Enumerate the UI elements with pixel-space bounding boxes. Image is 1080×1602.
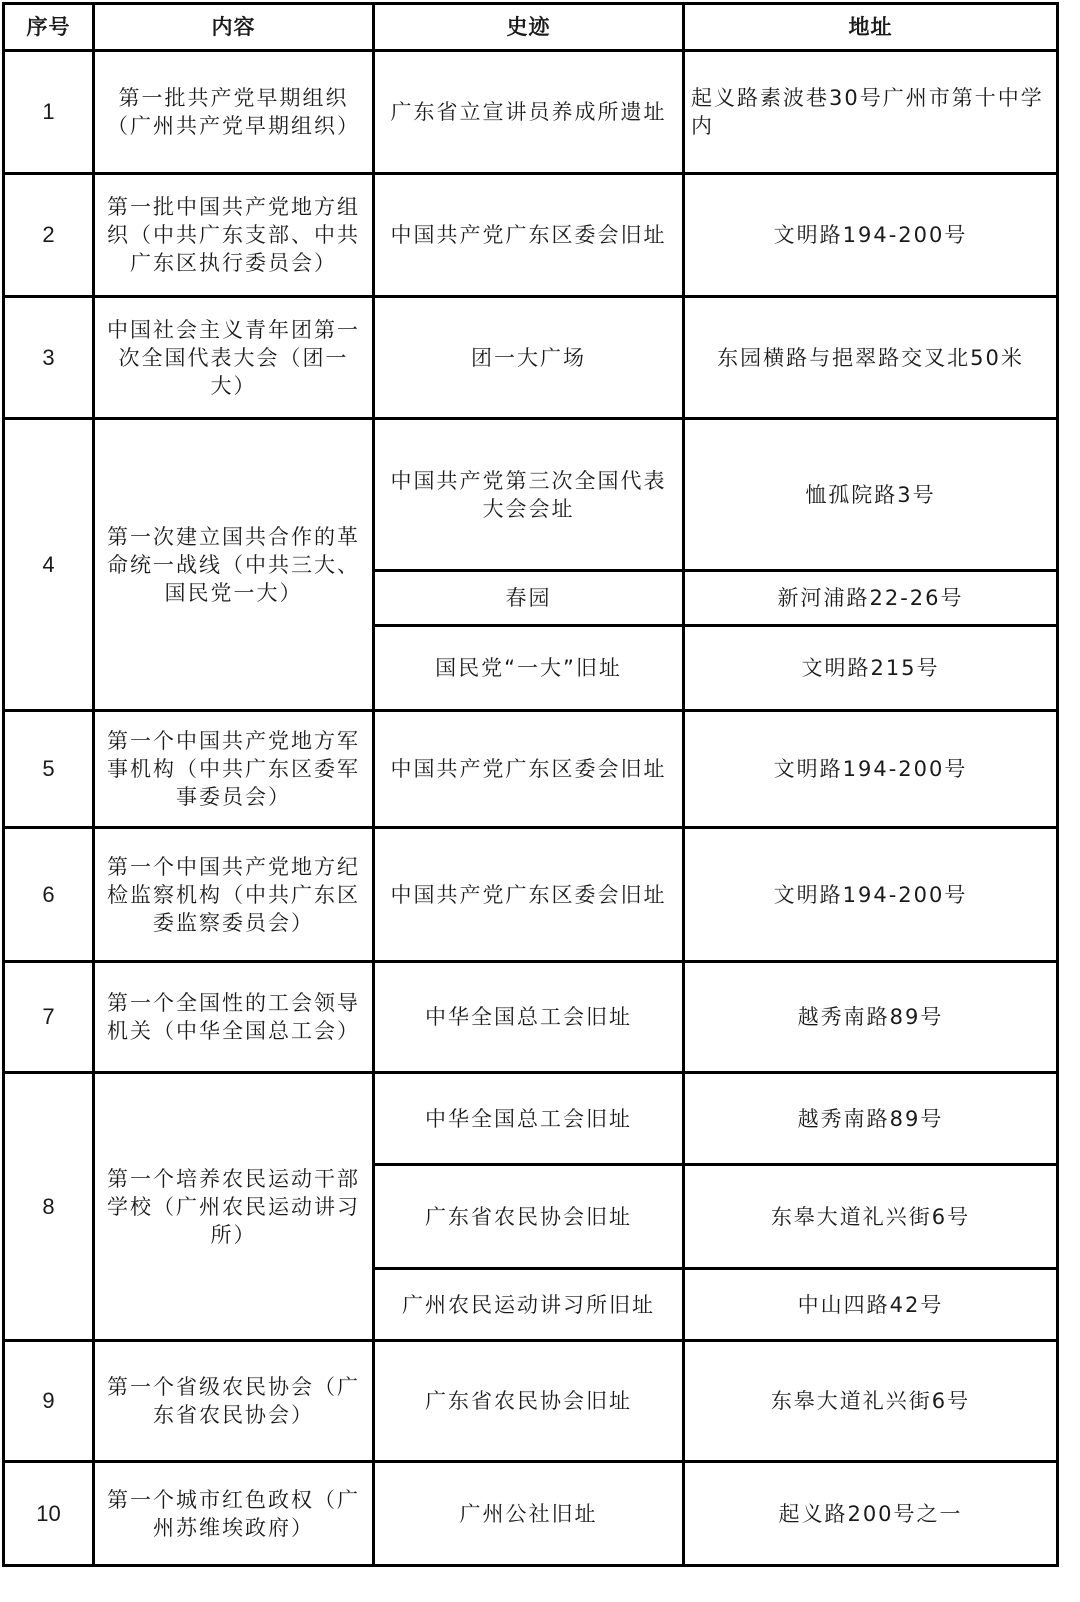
row-number: 4 <box>4 419 94 711</box>
row-content: 第一个中国共产党地方军事机构（中共广东区委军事委员会） <box>94 711 374 828</box>
row-site: 团一大广场 <box>374 297 684 419</box>
row-number: 7 <box>4 962 94 1073</box>
historic-sites-table: 序号 内容 史迹 地址 1 第一批共产党早期组织（广州共产党早期组织） 广东省立… <box>2 2 1059 1567</box>
row-address: 恤孤院路3号 <box>684 419 1058 571</box>
row-number: 1 <box>4 51 94 174</box>
row-address: 起义路素波巷30号广州市第十中学内 <box>684 51 1058 174</box>
row-number: 10 <box>4 1462 94 1566</box>
row-address: 文明路194-200号 <box>684 174 1058 297</box>
table-row: 1 第一批共产党早期组织（广州共产党早期组织） 广东省立宣讲员养成所遗址 起义路… <box>4 51 1058 174</box>
row-site: 中国共产党第三次全国代表大会会址 <box>374 419 684 571</box>
row-address: 越秀南路89号 <box>684 1073 1058 1165</box>
row-content: 第一次建立国共合作的革命统一战线（中共三大、国民党一大） <box>94 419 374 711</box>
row-site: 国民党“一大”旧址 <box>374 626 684 711</box>
row-address: 东园横路与挹翠路交叉北50米 <box>684 297 1058 419</box>
row-address: 文明路215号 <box>684 626 1058 711</box>
table-row: 3 中国社会主义青年团第一次全国代表大会（团一大） 团一大广场 东园横路与挹翠路… <box>4 297 1058 419</box>
row-number: 5 <box>4 711 94 828</box>
table-row: 10 第一个城市红色政权（广州苏维埃政府） 广州公社旧址 起义路200号之一 <box>4 1462 1058 1566</box>
row-site: 广东省农民协会旧址 <box>374 1165 684 1269</box>
row-address: 文明路194-200号 <box>684 828 1058 962</box>
row-content: 第一批中国共产党地方组织（中共广东支部、中共广东区执行委员会） <box>94 174 374 297</box>
row-content: 第一个城市红色政权（广州苏维埃政府） <box>94 1462 374 1566</box>
row-site: 中国共产党广东区委会旧址 <box>374 828 684 962</box>
row-content: 第一个全国性的工会领导机关（中华全国总工会） <box>94 962 374 1073</box>
table-row: 8 第一个培养农民运动干部学校（广州农民运动讲习所） 中华全国总工会旧址 越秀南… <box>4 1073 1058 1165</box>
row-number: 8 <box>4 1073 94 1341</box>
row-address: 起义路200号之一 <box>684 1462 1058 1566</box>
row-site: 中华全国总工会旧址 <box>374 962 684 1073</box>
row-site: 广州农民运动讲习所旧址 <box>374 1269 684 1341</box>
table-row: 5 第一个中国共产党地方军事机构（中共广东区委军事委员会） 中国共产党广东区委会… <box>4 711 1058 828</box>
row-number: 9 <box>4 1341 94 1462</box>
row-content: 第一批共产党早期组织（广州共产党早期组织） <box>94 51 374 174</box>
row-site: 广州公社旧址 <box>374 1462 684 1566</box>
row-address: 中山四路42号 <box>684 1269 1058 1341</box>
table-row: 7 第一个全国性的工会领导机关（中华全国总工会） 中华全国总工会旧址 越秀南路8… <box>4 962 1058 1073</box>
row-site: 广东省立宣讲员养成所遗址 <box>374 51 684 174</box>
row-site: 中华全国总工会旧址 <box>374 1073 684 1165</box>
header-address: 地址 <box>684 4 1058 51</box>
header-number: 序号 <box>4 4 94 51</box>
row-site: 广东省农民协会旧址 <box>374 1341 684 1462</box>
row-site: 中国共产党广东区委会旧址 <box>374 711 684 828</box>
header-row: 序号 内容 史迹 地址 <box>4 4 1058 51</box>
table-row: 2 第一批中国共产党地方组织（中共广东支部、中共广东区执行委员会） 中国共产党广… <box>4 174 1058 297</box>
table-row: 4 第一次建立国共合作的革命统一战线（中共三大、国民党一大） 中国共产党第三次全… <box>4 419 1058 571</box>
row-content: 第一个中国共产党地方纪检监察机构（中共广东区委监察委员会） <box>94 828 374 962</box>
row-number: 2 <box>4 174 94 297</box>
row-number: 3 <box>4 297 94 419</box>
row-address: 东皋大道礼兴街6号 <box>684 1165 1058 1269</box>
row-site: 春园 <box>374 571 684 626</box>
row-address: 越秀南路89号 <box>684 962 1058 1073</box>
row-content: 中国社会主义青年团第一次全国代表大会（团一大） <box>94 297 374 419</box>
header-site: 史迹 <box>374 4 684 51</box>
table-row: 9 第一个省级农民协会（广东省农民协会） 广东省农民协会旧址 东皋大道礼兴街6号 <box>4 1341 1058 1462</box>
header-content: 内容 <box>94 4 374 51</box>
row-number: 6 <box>4 828 94 962</box>
row-address: 新河浦路22-26号 <box>684 571 1058 626</box>
row-content: 第一个省级农民协会（广东省农民协会） <box>94 1341 374 1462</box>
row-content: 第一个培养农民运动干部学校（广州农民运动讲习所） <box>94 1073 374 1341</box>
table-row: 6 第一个中国共产党地方纪检监察机构（中共广东区委监察委员会） 中国共产党广东区… <box>4 828 1058 962</box>
row-address: 东皋大道礼兴街6号 <box>684 1341 1058 1462</box>
row-site: 中国共产党广东区委会旧址 <box>374 174 684 297</box>
row-address: 文明路194-200号 <box>684 711 1058 828</box>
